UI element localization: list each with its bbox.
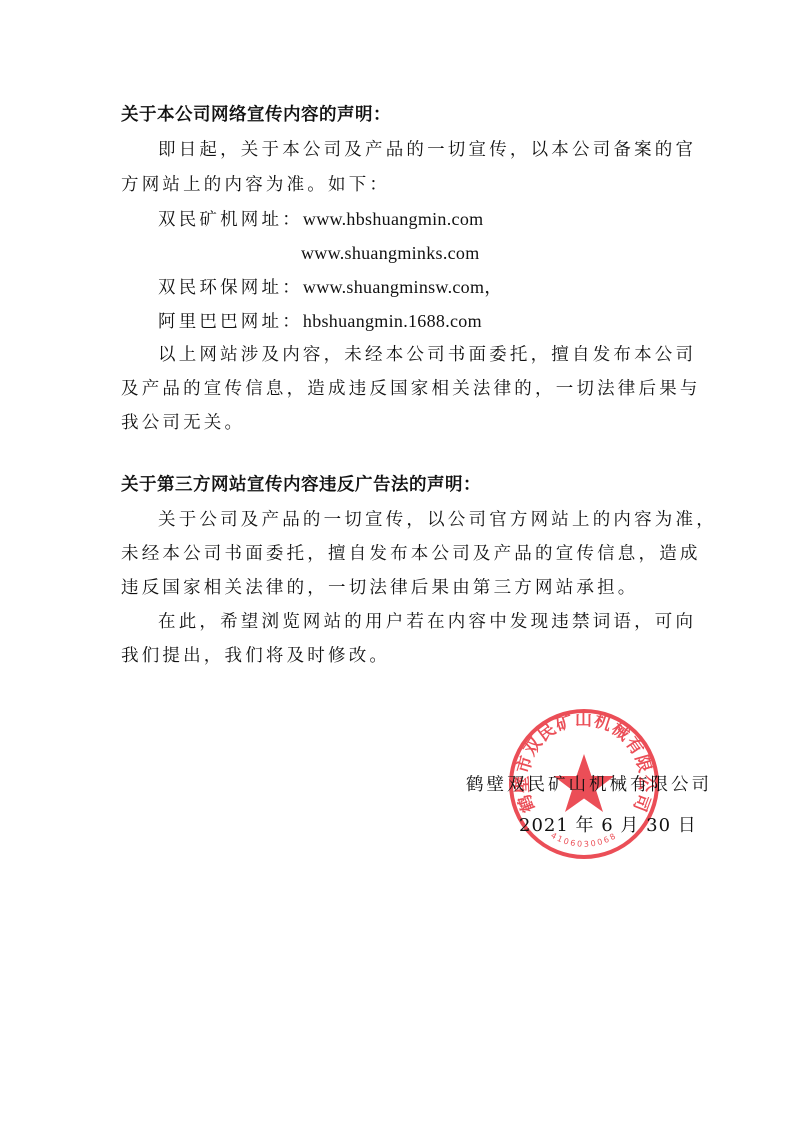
- section1-heading: 关于本公司网络宣传内容的声明：: [121, 104, 391, 126]
- site-row-3: 双民环保网址：www.shuangminsw.com，: [158, 276, 503, 299]
- site-url: www.shuangminsw.com，: [303, 277, 503, 297]
- site-label: 双民矿机网址：: [158, 210, 303, 230]
- section2-para2-line2: 我们提出，我们将及时修改。: [121, 645, 390, 667]
- section1-para1-line2: 方网站上的内容为准。如下：: [121, 174, 390, 196]
- site-row-1: 双民矿机网址：www.hbshuangmin.com: [158, 208, 483, 231]
- site-row-4: 阿里巴巴网址：hbshuangmin.1688.com: [158, 310, 482, 333]
- document-page: 关于本公司网络宣传内容的声明： 即日起，关于本公司及产品的一切宣传，以本公司备案…: [0, 0, 794, 1123]
- section2-para1-line3: 违反国家相关法律的，一切法律后果由第三方网站承担。: [121, 577, 639, 599]
- section2-heading: 关于第三方网站宣传内容违反广告法的声明：: [121, 474, 481, 496]
- signature-company: 鹤壁双民矿山机械有限公司: [466, 774, 712, 796]
- site-label: 阿里巴巴网址：: [158, 312, 303, 332]
- section1-para1-line1: 即日起，关于本公司及产品的一切宣传，以本公司备案的官: [158, 139, 696, 161]
- signature-date: 2021 年 6 月 30 日: [519, 815, 697, 837]
- section1-para2-line3: 我公司无关。: [121, 412, 245, 434]
- section1-para2-line2: 及产品的宣传信息，造成违反国家相关法律的，一切法律后果与: [121, 378, 701, 400]
- section1-para2-line1: 以上网站涉及内容，未经本公司书面委托，擅自发布本公司: [158, 344, 696, 366]
- site-row-2: www.shuangminks.com: [301, 242, 480, 265]
- section2-para1-line1: 关于公司及产品的一切宣传，以公司官方网站上的内容为准，: [158, 509, 717, 531]
- site-url: www.hbshuangmin.com: [303, 209, 484, 229]
- section2-para2-line1: 在此，希望浏览网站的用户若在内容中发现违禁词语，可向: [158, 611, 696, 633]
- site-url: hbshuangmin.1688.com: [303, 311, 482, 331]
- site-url: www.shuangminks.com: [301, 243, 480, 263]
- site-label: 双民环保网址：: [158, 278, 303, 298]
- section2-para1-line2: 未经本公司书面委托，擅自发布本公司及产品的宣传信息，造成: [121, 543, 701, 565]
